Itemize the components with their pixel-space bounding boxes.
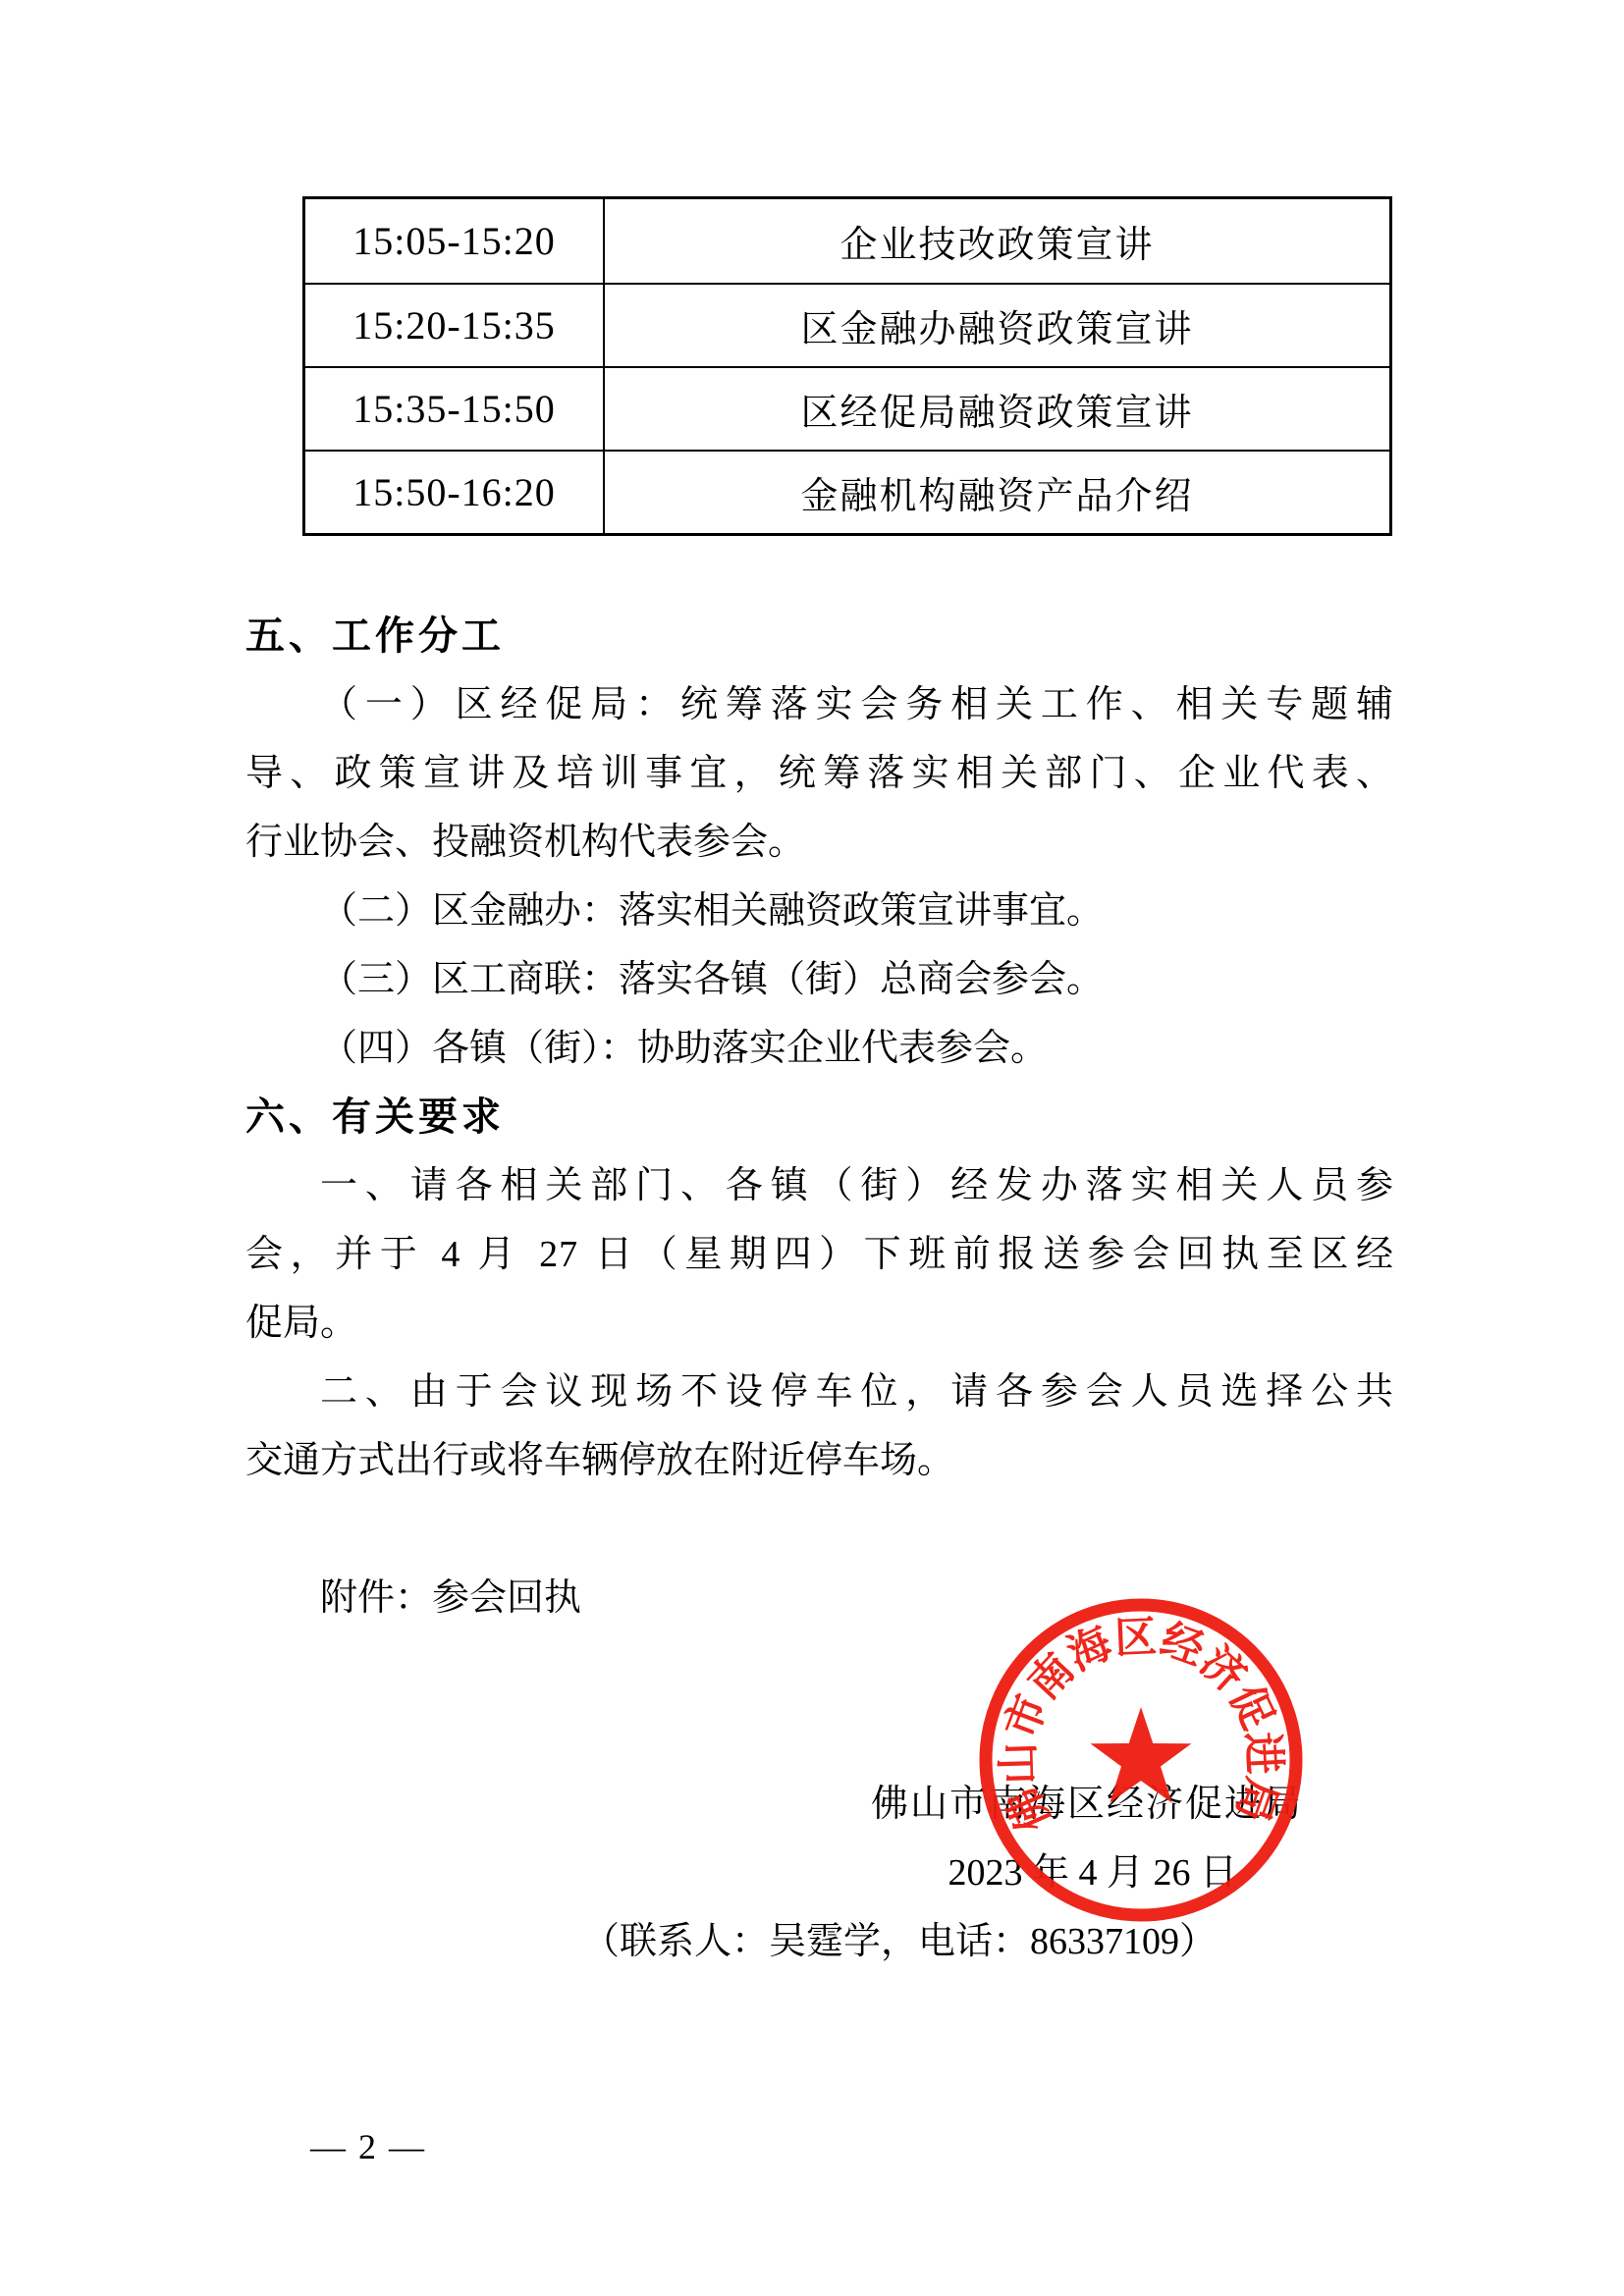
agenda-item-cell: 金融机构融资产品介绍 [605,452,1389,533]
agenda-item-cell: 企业技改政策宣讲 [605,199,1389,283]
section-heading: 五、工作分工 [245,602,1394,670]
body-line: 二、由于会议现场不设停车位，请各参会人员选择公共 [245,1358,1394,1426]
body-line: 一、请各相关部门、各镇（街）经发办落实相关人员参 [245,1151,1394,1220]
schedule-table: 15:05-15:20 企业技改政策宣讲 15:20-15:35 区金融办融资政… [302,196,1392,536]
document-page: 15:05-15:20 企业技改政策宣讲 15:20-15:35 区金融办融资政… [0,0,1624,2296]
time-cell: 15:50-16:20 [305,452,605,533]
document-body: 五、工作分工 （一）区经促局：统筹落实会务相关工作、相关专题辅 导、政策宣讲及培… [245,602,1394,1632]
table-row: 15:35-15:50 区经促局融资政策宣讲 [305,366,1389,450]
table-row: 15:50-16:20 金融机构融资产品介绍 [305,450,1389,533]
agenda-item-cell: 区经促局融资政策宣讲 [605,368,1389,450]
body-line [245,1495,1394,1564]
body-line: 交通方式出行或将车辆停放在附近停车场。 [245,1426,1394,1495]
body-line: （一）区经促局：统筹落实会务相关工作、相关专题辅 [245,670,1394,739]
time-cell: 15:05-15:20 [305,199,605,283]
table-row: 15:20-15:35 区金融办融资政策宣讲 [305,283,1389,366]
section-heading: 六、有关要求 [245,1083,1394,1151]
body-line: （二）区金融办：落实相关融资政策宣讲事宜。 [245,877,1394,945]
table-row: 15:05-15:20 企业技改政策宣讲 [305,199,1389,283]
body-line: 促局。 [245,1289,1394,1358]
body-line: 导、政策宣讲及培训事宜，统筹落实相关部门、企业代表、 [245,739,1394,808]
body-line: （三）区工商联：落实各镇（街）总商会参会。 [245,945,1394,1014]
agenda-item-cell: 区金融办融资政策宣讲 [605,285,1389,366]
seal-star-icon [1091,1707,1192,1803]
official-seal: 佛山市南海区经济促进局 [974,1593,1308,1927]
body-line: （四）各镇（街）：协助落实企业代表参会。 [245,1014,1394,1083]
page-number: — 2 — [275,2120,461,2174]
time-cell: 15:20-15:35 [305,285,605,366]
time-cell: 15:35-15:50 [305,368,605,450]
body-line: 会，并于 4 月 27 日（星期四）下班前报送参会回执至区经 [245,1220,1394,1289]
body-line: 行业协会、投融资机构代表参会。 [245,808,1394,877]
